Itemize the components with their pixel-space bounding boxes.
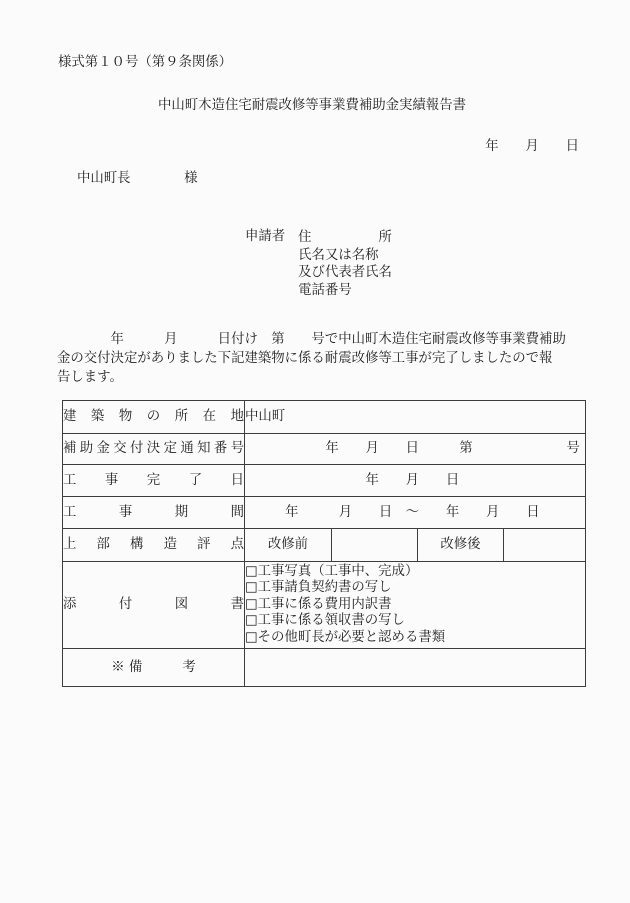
row-remarks: ※ 備 考: [63, 649, 586, 687]
applicant-label: 申請者: [245, 229, 285, 299]
report-form-table: 建築物の所在地 中山町 補助金交付決定通知番号 年 月 日 第 号 工事完了日 …: [62, 400, 586, 687]
after-retrofit-label: 改修後: [417, 529, 503, 561]
row-completion-date: 工事完了日 年 月 日: [63, 465, 586, 497]
applicant-fields: 住 所 氏名又は名称 及び代表者氏名 電話番号: [298, 229, 392, 299]
row-grant-decision-number: 補助金交付決定通知番号 年 月 日 第 号: [63, 434, 586, 465]
applicant-address-line: 住 所: [298, 229, 392, 247]
row-structural-score: 上部構造評点 改修前 改修後: [63, 529, 586, 562]
checkbox-item-photos: □工事写真（工事中、完成）: [245, 564, 585, 581]
attached-documents-label: 添付図書: [63, 562, 245, 649]
statement-line-1: 年 月 日付け 第 号で中山町木造住宅耐震改修等事業費補助: [57, 330, 566, 349]
statement-line-3: 告します。: [57, 368, 566, 387]
structural-score-cells: 改修前 改修後: [245, 529, 586, 562]
structural-score-label: 上部構造評点: [63, 529, 245, 562]
checkbox-item-receipt-copy: □工事に係る領収書の写し: [245, 613, 585, 630]
document-title: 中山町木造住宅耐震改修等事業費補助金実績報告書: [57, 98, 567, 114]
date-line: 年 月 日: [0, 139, 579, 155]
building-location-label: 建築物の所在地: [63, 401, 245, 434]
attached-documents-list: □工事写真（工事中、完成） □工事請負契約書の写し □工事に係る費用内訳書 □工…: [245, 562, 586, 649]
form-number: 様式第１０号（第９条関係）: [58, 55, 232, 71]
applicant-phone-line: 電話番号: [298, 282, 392, 300]
applicant-representative-line: 及び代表者氏名: [298, 264, 392, 282]
applicant-block: 申請者 住 所 氏名又は名称 及び代表者氏名 電話番号: [245, 229, 392, 299]
checkbox-item-cost-breakdown: □工事に係る費用内訳書: [245, 597, 585, 614]
row-attached-documents: 添付図書 □工事写真（工事中、完成） □工事請負契約書の写し □工事に係る費用内…: [63, 562, 586, 649]
applicant-name-line: 氏名又は名称: [298, 247, 392, 265]
row-building-location: 建築物の所在地 中山町: [63, 401, 586, 434]
construction-period-value: 年 月 日 ～ 年 月 日: [245, 497, 586, 529]
completion-date-label: 工事完了日: [63, 465, 245, 497]
report-statement: 年 月 日付け 第 号で中山町木造住宅耐震改修等事業費補助 金の交付決定がありま…: [57, 330, 566, 388]
statement-line-2: 金の交付決定がありました下記建築物に係る耐震改修等工事が完了しましたので報: [57, 349, 566, 368]
remarks-label: ※ 備 考: [63, 649, 245, 687]
construction-period-label: 工事期間: [63, 497, 245, 529]
structural-score-subgrid: 改修前 改修後: [245, 529, 585, 561]
document-page: 様式第１０号（第９条関係） 中山町木造住宅耐震改修等事業費補助金実績報告書 年 …: [0, 0, 630, 903]
grant-decision-number-value: 年 月 日 第 号: [245, 434, 586, 465]
building-location-value: 中山町: [245, 401, 586, 434]
checkbox-item-other-documents: □その他町長が必要と認める書類: [245, 630, 585, 647]
addressee-line: 中山町長 様: [77, 171, 198, 187]
completion-date-value: 年 月 日: [245, 465, 586, 497]
after-retrofit-value: [503, 529, 585, 561]
checkbox-item-contract-copy: □工事請負契約書の写し: [245, 580, 585, 597]
before-retrofit-label: 改修前: [245, 529, 331, 561]
row-construction-period: 工事期間 年 月 日 ～ 年 月 日: [63, 497, 586, 529]
before-retrofit-value: [331, 529, 417, 561]
grant-decision-number-label: 補助金交付決定通知番号: [63, 434, 245, 465]
remarks-value: [245, 649, 586, 687]
